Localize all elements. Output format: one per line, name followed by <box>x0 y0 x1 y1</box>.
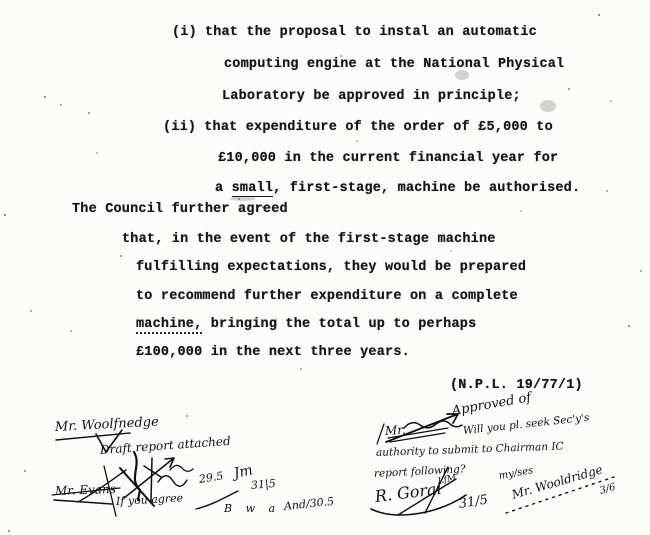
annotation-signature-gorai: R. Gorai <box>374 479 443 506</box>
clause-ii-text-1: that expenditure of the order of £5,000 … <box>204 120 553 135</box>
annotation-name-evans: Mr. Evans <box>55 482 116 498</box>
clause-i-line-2: computing engine at the National Physica… <box>224 57 564 72</box>
scan-noise-specks <box>0 0 2 2</box>
underlined-word-small: small <box>232 181 274 197</box>
clause-i-line-3: Laboratory be approved in principle; <box>222 89 521 104</box>
clause-i-label: (i) <box>172 25 197 40</box>
clause-ii-text-3-post: , first-stage, machine be authorised. <box>273 181 580 196</box>
clause-ii-line-3: a small, first-stage, machine be authori… <box>215 181 580 196</box>
annotation-date-and-30-5: And/30.5 <box>283 495 334 513</box>
margin-tick <box>377 424 384 444</box>
annotation-query-line-1: Will you pl. seek Sec'y's <box>462 412 590 437</box>
annotation-date-31-5-right: 31/5 <box>458 493 489 512</box>
further-line-1: that, in the event of the first-stage ma… <box>122 232 496 247</box>
annotation-initials-my-ses: my/ses <box>498 465 534 482</box>
annotation-name-woolfnedge: Mr. Woolfnedge <box>55 415 160 435</box>
further-line-4: machine, bringing the total up to perhap… <box>136 317 476 332</box>
further-line-4-post: bringing the total up to perhaps <box>202 317 476 332</box>
annotation-date-31-5-left: 31|5 <box>250 477 276 492</box>
scanned-document-page: (i)that the proposal to instal an automa… <box>0 0 650 535</box>
annotation-approved-of: Approved of <box>451 390 533 419</box>
annotation-query-line-2: authority to submit to Chairman IC <box>376 440 564 459</box>
further-line-2: fulfilling expectations, they would be p… <box>136 260 526 275</box>
annotation-date-29-5: 29.5 <box>198 469 224 486</box>
annotation-scribbled-name: Mr. <box>385 423 406 438</box>
underlined-word-machine: machine, <box>136 317 202 334</box>
further-line-3: to recommend further expenditure on a co… <box>136 289 518 304</box>
scribble-loops <box>158 476 187 487</box>
council-intro-line: The Council further agreed <box>72 202 288 217</box>
further-line-5: £100,000 in the next three years. <box>136 345 410 360</box>
clause-i-line-1: (i)that the proposal to instal an automa… <box>172 25 537 40</box>
clause-ii-line-2: £10,000 in the current financial year fo… <box>218 151 558 166</box>
clause-i-text-1: that the proposal to instal an automatic <box>205 25 537 40</box>
illegible-name-scribble <box>404 421 462 428</box>
evans-underline <box>54 500 112 504</box>
scan-smudge <box>540 100 556 112</box>
clause-ii-line-1: (ii)that expenditure of the order of £5,… <box>163 120 553 135</box>
annotation-draft-report: Draft report attached <box>100 434 232 457</box>
annotation-initials-bwa: B w a <box>224 502 280 515</box>
annotation-initials-lfm: LfM <box>437 473 457 487</box>
annotation-if-you-agree: If you agree <box>116 491 184 508</box>
reference-number: (N.P.L. 19/77/1) <box>450 378 583 393</box>
clause-ii-text-3-pre: a <box>215 181 232 196</box>
annotation-date-3-6: 3/6 <box>598 482 617 497</box>
scribble-loops <box>170 465 193 471</box>
clause-ii-label: (ii) <box>163 120 196 135</box>
